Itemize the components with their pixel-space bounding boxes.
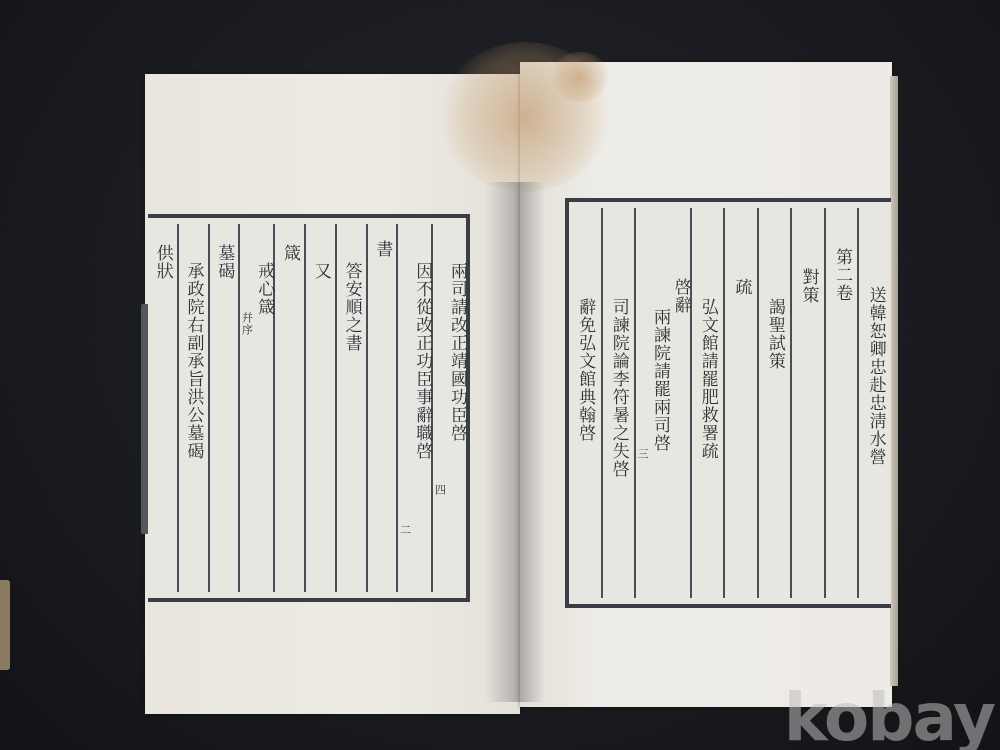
column: 又 bbox=[304, 224, 335, 592]
water-stain bbox=[550, 52, 610, 102]
section-heading: 啓辭 bbox=[671, 278, 690, 598]
page-count: 四 bbox=[433, 484, 445, 592]
column: 墓碣 bbox=[208, 224, 239, 592]
section-heading: 墓碣 bbox=[215, 244, 234, 592]
toc-entry: 司諫院論李符暑之失啓 bbox=[609, 298, 628, 598]
column: 兩司請改正靖國功臣啓 四 bbox=[431, 224, 466, 592]
toc-entry: 答安順之書 bbox=[342, 262, 361, 592]
page-edges bbox=[890, 76, 898, 686]
toc-entry: 因不從改正功臣事辭職啓 bbox=[413, 262, 432, 592]
toc-entry: 弘文館請罷肥救署疏 bbox=[698, 298, 717, 598]
toc-entry: 送韓恕卿忠赴忠淸水營 bbox=[866, 286, 885, 598]
page-count: 二 bbox=[398, 524, 410, 592]
volume-heading: 第二卷 bbox=[832, 248, 851, 598]
toc-entry: 兩司請改正靖國功臣啓 bbox=[447, 262, 466, 592]
toc-entry: 戒心箴 bbox=[255, 262, 274, 592]
kobay-watermark: kobay bbox=[784, 679, 994, 750]
open-book: 兩司請改正靖國功臣啓 四 因不從改正功臣事辭職啓 二 書 答安順之書 又 箴 bbox=[145, 62, 897, 712]
column: 承政院右副承旨洪公墓碣 bbox=[177, 224, 208, 592]
left-page-text-frame: 兩司請改正靖國功臣啓 四 因不從改正功臣事辭職啓 二 書 答安順之書 又 箴 bbox=[148, 214, 470, 602]
column: 對策 bbox=[790, 208, 824, 598]
section-heading: 對策 bbox=[799, 268, 818, 598]
column: 辭免弘文館典翰啓 bbox=[569, 208, 601, 598]
column: 疏 bbox=[723, 208, 757, 598]
column: 箴 bbox=[273, 224, 304, 592]
toc-entry: 兩諫院請罷兩司啓 bbox=[650, 308, 669, 598]
toc-note: 幷序 bbox=[240, 312, 252, 592]
toc-entry: 辭免弘文館典翰啓 bbox=[575, 298, 594, 598]
right-page: 送韓恕卿忠赴忠淸水營 第二卷 對策 謁聖試策 疏 弘文館請罷肥救署疏 bbox=[520, 62, 892, 707]
column: 弘文館請罷肥救署疏 bbox=[690, 208, 724, 598]
column: 第二卷 bbox=[824, 208, 858, 598]
column: 供狀 bbox=[148, 224, 177, 592]
toc-entry: 又 bbox=[311, 262, 330, 592]
book-cover-fragment bbox=[0, 580, 10, 670]
column: 謁聖試策 bbox=[757, 208, 791, 598]
toc-entry: 謁聖試策 bbox=[765, 298, 784, 598]
column: 因不從改正功臣事辭職啓 二 bbox=[396, 224, 431, 592]
column: 送韓恕卿忠赴忠淸水營 bbox=[857, 208, 891, 598]
left-page: 兩司請改正靖國功臣啓 四 因不從改正功臣事辭職啓 二 書 答安順之書 又 箴 bbox=[145, 74, 520, 714]
page-count: 三 bbox=[636, 448, 648, 598]
right-page-text-frame: 送韓恕卿忠赴忠淸水營 第二卷 對策 謁聖試策 疏 弘文館請罷肥救署疏 bbox=[565, 198, 891, 608]
right-page-columns: 送韓恕卿忠赴忠淸水營 第二卷 對策 謁聖試策 疏 弘文館請罷肥救署疏 bbox=[569, 208, 891, 598]
section-heading: 供狀 bbox=[153, 244, 172, 592]
section-heading: 箴 bbox=[280, 244, 299, 592]
section-heading: 書 bbox=[373, 240, 392, 592]
column: 書 bbox=[366, 224, 397, 592]
left-page-columns: 兩司請改正靖國功臣啓 四 因不從改正功臣事辭職啓 二 書 答安順之書 又 箴 bbox=[148, 224, 466, 592]
column: 啓辭 兩諫院請罷兩司啓 三 bbox=[634, 208, 689, 598]
section-heading: 疏 bbox=[732, 278, 751, 598]
column: 答安順之書 bbox=[335, 224, 366, 592]
book-gutter-shadow bbox=[485, 182, 545, 702]
toc-entry: 承政院右副承旨洪公墓碣 bbox=[184, 262, 203, 592]
column: 戒心箴 幷序 bbox=[238, 224, 273, 592]
column: 司諫院論李符暑之失啓 bbox=[601, 208, 635, 598]
